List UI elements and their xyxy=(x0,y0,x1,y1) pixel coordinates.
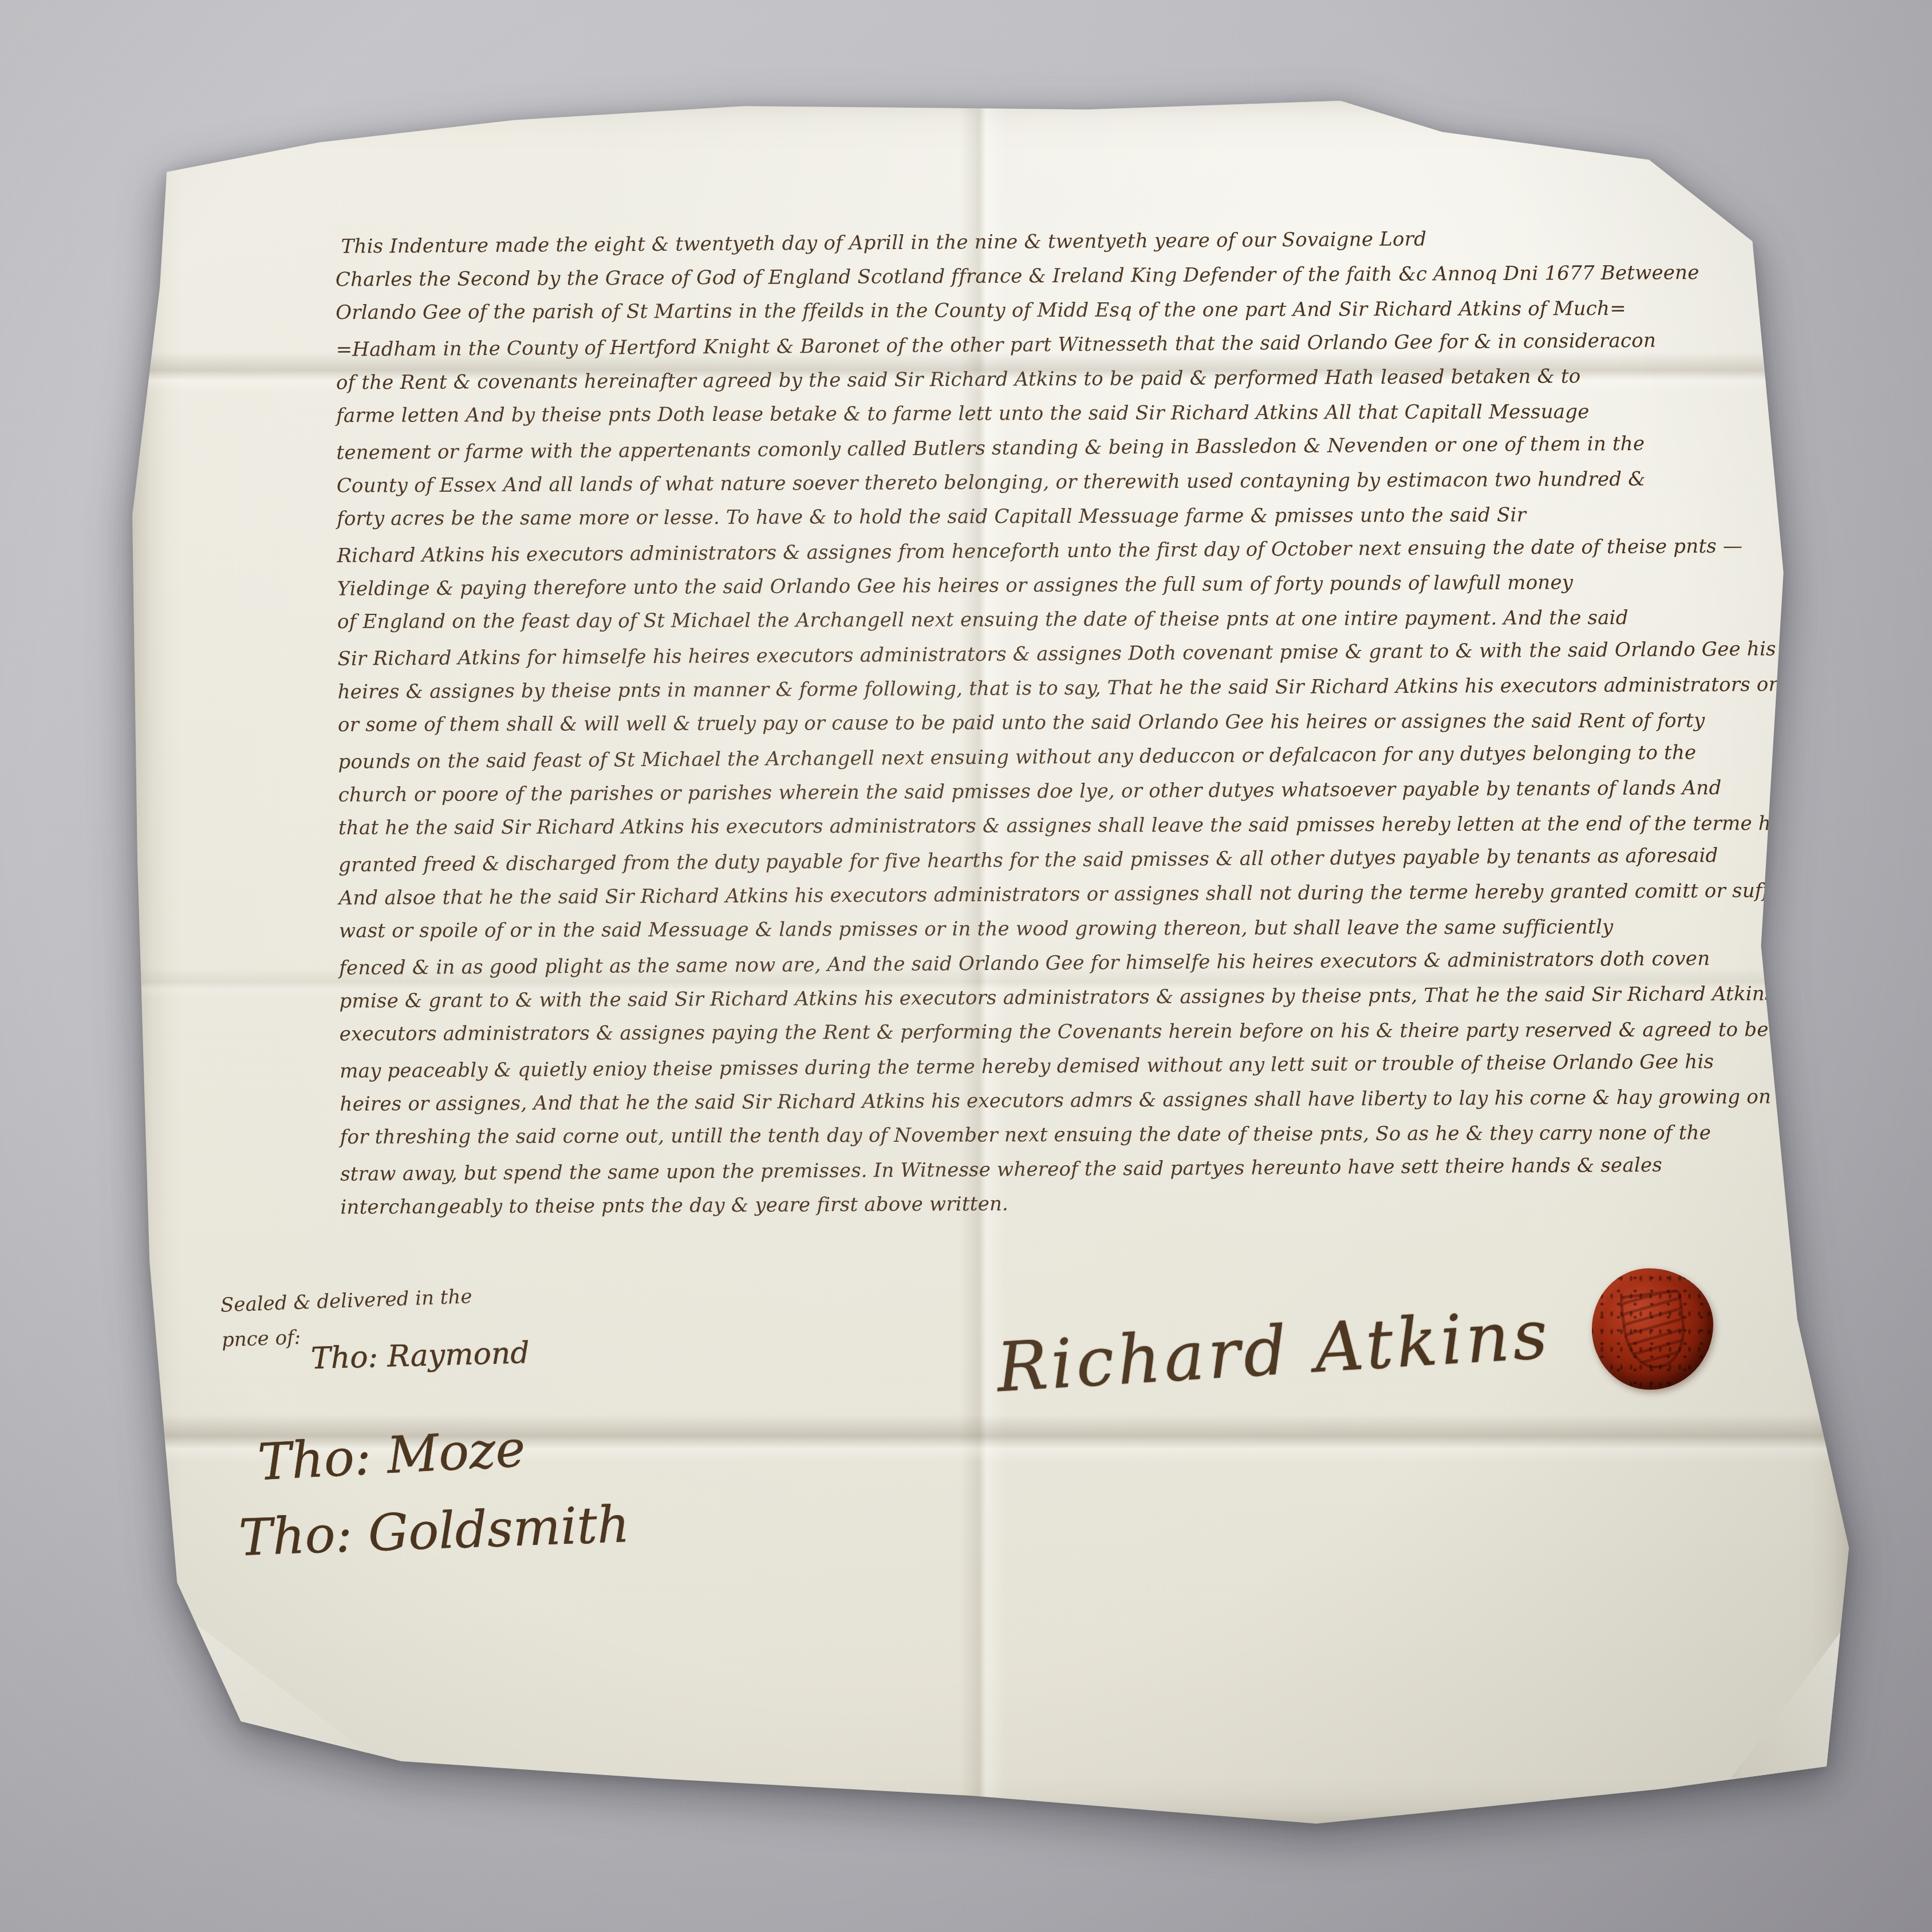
folded-corner-bottom-left xyxy=(149,1540,470,1838)
manuscript-body-text: This Indenture made the eight & twentyet… xyxy=(335,220,1783,1224)
red-wax-seal xyxy=(1592,1268,1713,1390)
paper-shadow-wrap: This Indenture made the eight & twentyet… xyxy=(0,0,1932,1932)
witness-signature-moze: Tho: Moze xyxy=(257,1419,527,1492)
witness-signature-raymond: Tho: Raymond xyxy=(310,1336,530,1376)
attestation-presence-of: pnce of: xyxy=(221,1326,301,1352)
attestation-sealed-delivered: Sealed & delivered in the xyxy=(220,1285,472,1316)
principal-signature-richard-atkins: Richard Atkins xyxy=(995,1295,1553,1407)
witness-signature-goldsmith: Tho: Goldsmith xyxy=(238,1495,630,1567)
indenture-document-paper: This Indenture made the eight & twentyet… xyxy=(129,97,1852,1832)
wax-seal-texture xyxy=(1592,1268,1713,1390)
folded-corner-bottom-right xyxy=(1726,1615,1858,1804)
photo-backdrop: This Indenture made the eight & twentyet… xyxy=(0,0,1932,1932)
